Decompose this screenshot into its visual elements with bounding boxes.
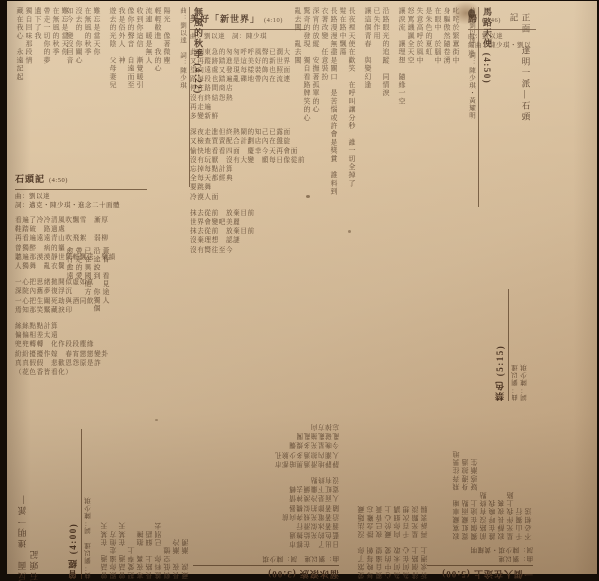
- cover-background: 正面 達明一派—石頭記 歸 (1:46) 曲：劉以達 編曲：陳少琪・劉以達 馬路…: [7, 1, 597, 574]
- lyrics-line: 沿著電光飛奔向前: [193, 512, 339, 521]
- lyrics-column: 寂靜長夜裏: [497, 410, 506, 540]
- lyrics-column: 誰料你 已別去: [154, 429, 163, 579]
- lyrics-column: 像你的聲音 自遠而至: [126, 7, 135, 187]
- dust-speck: [306, 195, 310, 198]
- lyrics-line: 冷漠人面: [190, 193, 306, 202]
- lyrics-column: 遊去的光陰 父母妻兒: [108, 7, 117, 187]
- lyrics-line: 世界會變吧美麗: [190, 218, 306, 227]
- song-title: 石頭記: [15, 174, 45, 184]
- dust-speck: [155, 419, 158, 421]
- lyrics-column: 霓虹藏雨點 身邊掠過: [461, 410, 470, 540]
- stanza-gap: [15, 271, 147, 278]
- song-title: 無風的秋季 (4:22): [192, 7, 204, 187]
- lyrics-column: 叱咤於繁囂街中: [451, 7, 460, 207]
- lyrics-line: 全每天都經典: [190, 174, 306, 183]
- lyrics-line: 看遍了冷冷清風吹飄雪 漸厚: [15, 216, 147, 225]
- lyrics-line: 鞋踏破 路過處: [15, 225, 147, 234]
- stanza-gap: [193, 468, 339, 475]
- lyrics-line: 人獨舞 亂衣鬢: [15, 262, 147, 271]
- lyrics-column: 徘徊路上 星光黯淡: [411, 457, 420, 579]
- lyrics-line: 又再蹤跡踏進是這美好的新世界: [190, 57, 306, 66]
- song-block-meihaoxinshijie: 美好「新世界」 (4:10) 曲：劉以達 詞：陳少琪 此刻東急的匆匆呼呼風聲已濶…: [190, 9, 306, 255]
- lyrics-column: 在無風的秋季: [51, 7, 60, 167]
- title-rule: [15, 189, 147, 190]
- title-rule: [427, 565, 533, 566]
- lyrics-line: 抹去從前 放棄目前: [190, 209, 306, 218]
- lyrics-column: 每晚每朝 掛念難忘: [366, 457, 375, 579]
- lyrics-line: 深院內舊夢復浮沉: [15, 287, 147, 296]
- lyrics-line: 一心把思緒拋開似虛如真: [15, 278, 147, 287]
- stanza-gap: [15, 315, 147, 322]
- song-title: 曾經 (4:00): [67, 429, 79, 579]
- lyrics-column: 失意高呼於風中: [415, 7, 424, 207]
- dust-speck: [348, 230, 351, 233]
- song-block-wufeng-chorus: 難忘是當天你在無風的秋季帶走一切你的夢遺下了我獨自回味那段情藏在我心 永遠記起: [15, 7, 65, 167]
- lyrics-column: 深宵的放縱 安撫著孤單的心: [311, 7, 320, 207]
- lyrics-lines: 此刻東急的匆匆呼呼風聲已濶大又再蹤跡踏進是這美好的新世界望向遠處又發現每樣裝飾也…: [190, 48, 306, 255]
- lyrics-line: 聽遍那漠漠靜世間輕飄送 樂韻: [15, 253, 147, 262]
- lyrics-column: 沿路眼光的追蹤 同情淚: [381, 7, 390, 207]
- side-b-label-text: 反面 達明一派—石頭記: [16, 487, 40, 581]
- side-b-label: 反面 達明一派—石頭記: [20, 487, 40, 581]
- lyrics-line: 兜兜轉轉 化作段段塵緣: [15, 340, 147, 349]
- song-credits: 曲：劉以達 詞：陳少琪: [84, 429, 93, 579]
- lyrics-column: 流連 暖是無人: [144, 7, 153, 187]
- lyrics-line: 一心把生關死劫與酒同飲: [15, 297, 147, 306]
- lyrics-column: 帶走一切你的夢: [42, 7, 51, 167]
- song-block-liubinggunzu: 溜冰滾族 (3:00) 曲：劉以達 詞：陳少琪 日出了 在都市藍色的光給擦過溜著…: [193, 425, 339, 579]
- lyrics-column: 為何未敢 向你細講: [393, 457, 402, 579]
- lyrics-column: 身驅傲然隨卷湧: [442, 7, 451, 207]
- lyrics-line: 紛紛擾擾作嫁 春宵戀戀變卦: [15, 350, 147, 359]
- lyrics-column: 是朱色的夏虹: [424, 7, 433, 207]
- lyrics-column: 為何在心 千百次想: [402, 457, 411, 579]
- lyrics-column: 星光伴我上路: [506, 410, 515, 540]
- lyrics-line: 愉快地看看四面 慶幸今天再會面: [190, 147, 306, 156]
- paper-stain: [451, 1, 481, 25]
- lyrics-column: 難忘是當天你: [92, 7, 101, 187]
- song-credits: 曲：劉以達 詞：陳少琪・黃耀明: [467, 7, 476, 207]
- spacer: [93, 429, 100, 579]
- lyrics-line: 沒有終點: [193, 475, 339, 484]
- lyrics-line: 日出了 在都市: [193, 539, 339, 548]
- stanza-gap: [356, 7, 363, 207]
- lyrics-line: 亂碰亂撞亂闖: [193, 431, 339, 440]
- lyrics-line: （花色香皆看化）: [15, 368, 147, 377]
- lyrics-column: 沒去的 你關心: [74, 7, 83, 187]
- lyrics-line: 今晚星光多燦爛: [193, 440, 339, 449]
- lyrics-column: 獨自回味那段情: [24, 7, 33, 167]
- title-rule: [193, 565, 339, 566]
- paper-stain-dark-spot: [468, 9, 475, 18]
- lyrics-line: 再看遍遠遠青山吹飛絮 弱柳: [15, 234, 147, 243]
- lyrics-column: 遺下了我: [33, 7, 42, 167]
- song-block-shitouji: 石頭記 (4:50) 曲：劉以達 詞：邁克・陳少琪・進念二十面體 看遍了冷冷清風…: [15, 169, 147, 377]
- lyrics-line: 抹去從前 放棄目前: [190, 227, 306, 236]
- spacer: [171, 7, 178, 187]
- lyrics-column: 長路上 細語: [145, 429, 154, 579]
- lyrics-line: 再走遍: [190, 103, 306, 112]
- stanza-gap: [101, 7, 108, 187]
- lyrics-line: 靜靜地滑過黑暗都市: [193, 459, 339, 468]
- lyrics-column: 難忘是當天你: [60, 7, 69, 167]
- song-credits: 曲：劉以達 詞：陳少琪: [193, 554, 339, 563]
- song-block-wufengdeqiuji: 無風的秋季 (4:22) 曲：劉以達 詞：陳少琪 陽光 像著微塵輕輕敝進 我的心…: [65, 7, 187, 187]
- lyrics-column: 愛煞了你 沒法隱藏: [357, 457, 366, 579]
- title-rule: [478, 7, 479, 207]
- lyrics-column: 髮在路中飄蕩: [338, 7, 347, 207]
- lyrics-column: 獨自遠望 夜已昏黃: [375, 457, 384, 579]
- song-title: 一個人在途上 (5:00): [427, 568, 533, 579]
- lyrics-line: 曾獨醉 病的軀: [15, 244, 147, 253]
- lyrics-column: 不必相送: [524, 410, 533, 540]
- lyrics-line: 隨著節拍似機器: [193, 502, 339, 511]
- lyrics-lines: 看遍了冷冷清風吹飄雪 漸厚鞋踏破 路過處再看遍遠遠青山吹飛絮 弱柳曾獨醉 病的軀…: [15, 216, 147, 377]
- lyrics-column: 寂寞藏車廂 飛奔往異地: [452, 410, 461, 540]
- lyrics-column: 心中的愛 藏於心上: [384, 457, 393, 579]
- lyrics-line: 人面是冷漠神情: [193, 493, 339, 502]
- lyrics-column: 輕輕敝進 我的心: [153, 7, 162, 187]
- lyrics-column: 藏淚 漸湧: [181, 429, 190, 579]
- lyrics-line: 人潮內掠過多少臉孔: [193, 449, 339, 458]
- lyrics-line: 沒有嚮往至今: [190, 246, 306, 255]
- lyrics-line: 沒有終結怨熱: [190, 94, 306, 103]
- lyrics-line: 多變新鮮: [190, 112, 306, 121]
- lyrics-line: 沒有玩厭 沒有大變 願每日像從前: [190, 156, 306, 165]
- lyrics-line: 忘掉每點計算: [190, 165, 306, 174]
- lyrics-line: 此刻東急的匆匆呼呼風聲已濶大: [190, 48, 306, 57]
- album-back-cover-photo: 正面 達明一派—石頭記 歸 (1:46) 曲：劉以達 編曲：陳少琪・劉以達 馬路…: [0, 0, 599, 581]
- song-duration: (4:10): [264, 17, 283, 24]
- lyrics-column: 把愛奉上: [127, 429, 136, 579]
- lyrics-column: 在眼中 於腦中: [433, 7, 442, 207]
- song-duration: (4:50): [49, 177, 68, 184]
- song-credits: 曲：劉以達 詞：陳少琪: [190, 33, 306, 42]
- lyrics-line: 沒棄理想 認謎: [190, 236, 306, 245]
- lyrics-column: 獨個在途上 疑惑漸生: [470, 410, 479, 540]
- lyrics-column: 在無風的秋季: [83, 7, 92, 187]
- title-rule: [190, 29, 306, 30]
- lyrics-line: 絲絲點點計算: [15, 322, 147, 331]
- lyrics-line: 真真假假 悲歡恩怨原是詐: [15, 359, 147, 368]
- lyrics-column: 寒夜裏 抱擁: [136, 429, 145, 579]
- lyrics-column: 讓這個青春 與變幻逢: [363, 7, 372, 207]
- lyrics-column: 藏在我心 永遠記起: [15, 7, 24, 167]
- lyrics-line: 路每段也踏遍亂礫地帶內在流連: [190, 75, 306, 84]
- lyrics-column: 我是俗外人 神: [117, 7, 126, 187]
- lyrics-column: 怒罵譏諷全天空: [406, 7, 415, 207]
- lyrics-line: 望向遠處又發現每樣裝飾也照面: [190, 66, 306, 75]
- song-block-zengjing: 曾經 (4:00) 曲：劉以達 詞：陳少琪 曾話過 在某天跟你遠走他方曾話過 在…: [100, 429, 190, 579]
- lyrics-line: 溜著冰似滑行: [193, 521, 339, 530]
- song-credit: 曲：劉以達: [427, 554, 533, 563]
- lyrics-column: 陽光 像著微塵: [162, 7, 171, 187]
- title-rule: [81, 429, 82, 579]
- lyrics-column: 曾話過 在某天: [100, 429, 109, 579]
- lyrics-line: 偏偏相差太遠: [15, 331, 147, 340]
- lyrics-columns: 寂寞藏車廂 飛奔往異地霓虹藏雨點 身邊掠過獨個在途上 疑惑漸生前路沒有終點誰在呼…: [452, 410, 533, 540]
- lyrics-column: 讓淚流 讓理想 隨緣一空: [397, 7, 406, 207]
- lyrics-line: 深夜走進但終熱鬧的知己已露面: [190, 128, 306, 137]
- song-title: 溜冰滾族 (3:00): [193, 568, 339, 579]
- lyrics-line: 又檢查買賣配合計劃店內在盤旋: [190, 137, 306, 146]
- song-block-yigerenzaitushang: 一個人在途上 (5:00) 曲：劉以達 詞：陳少琪・黃耀明 寂寞藏車廂 飛奔往異…: [427, 383, 533, 579]
- stanza-gap: [190, 202, 306, 209]
- stanza-gap: [390, 7, 397, 207]
- song-block-aisha: 愛煞了你 沒法隱藏每晚每朝 掛念難忘獨自遠望 夜已昏黃心中的愛 藏於心上為何未敢…: [341, 457, 429, 579]
- lyrics-line: 焉知那笑黶藏淚印: [15, 306, 147, 315]
- song-credit: 詞：邁克・陳少琪・進念二十面體: [15, 202, 147, 211]
- song-title: 馬路天使 (4:50): [481, 7, 493, 207]
- lyrics-column: 跟你遠走他方: [109, 429, 118, 579]
- lyrics-column: 千山獨行: [515, 410, 524, 540]
- lyrics-column: 已失作用: [372, 7, 381, 207]
- lyrics-column: 長路漫漫無盡是關口 是苦惱或許會是獎賞 誰料到: [329, 7, 338, 207]
- lyrics-lines: 日出了 在都市藍色的光給擦過溜著冰似滑行沿著電光飛奔向前隨著節拍似機器人面是冷漠…: [193, 422, 339, 549]
- lyrics-column: 收到你這信 漸覺暖引: [135, 7, 144, 187]
- lyrics-column: 剩低空憶: [163, 429, 172, 579]
- lyrics-column: 衣著改變 任意裝扮: [320, 7, 329, 207]
- lyrics-line: 忘掉方向: [193, 422, 339, 431]
- song-credits: 曲：劉以達 詞：陳少琪: [178, 7, 187, 187]
- lyrics-column: 長夜 漸冷: [172, 429, 181, 579]
- lyrics-line: 要跳舞: [190, 183, 306, 192]
- lyrics-line: 藍色的光給擦過: [193, 530, 339, 539]
- lyrics-line: 停在路間商店: [190, 84, 306, 93]
- stanza-gap: [190, 121, 306, 128]
- lyrics-line: 霓虹下繼續去轉: [193, 484, 339, 493]
- song-block-malutianshi: 馬路天使 (4:50) 曲：劉以達 詞：陳少琪・黃耀明 叱咤於繁囂街中身驅傲然隨…: [293, 7, 465, 207]
- title-rule: [189, 7, 190, 187]
- lyrics-column: 長夜裡天使在歡笑 在呼叫讓分秒 誰一切全掉了: [347, 7, 356, 207]
- song-credit: 曲：劉以達: [15, 193, 147, 202]
- lyrics-column: 曾話過 在某天: [118, 429, 127, 579]
- lyrics-column: 前路沒有終點: [479, 410, 488, 540]
- song-credit: 詞：陳少琪・黃耀明: [427, 545, 533, 554]
- lyrics-column: 誰在呼喚我: [488, 410, 497, 540]
- spacer: [460, 7, 467, 207]
